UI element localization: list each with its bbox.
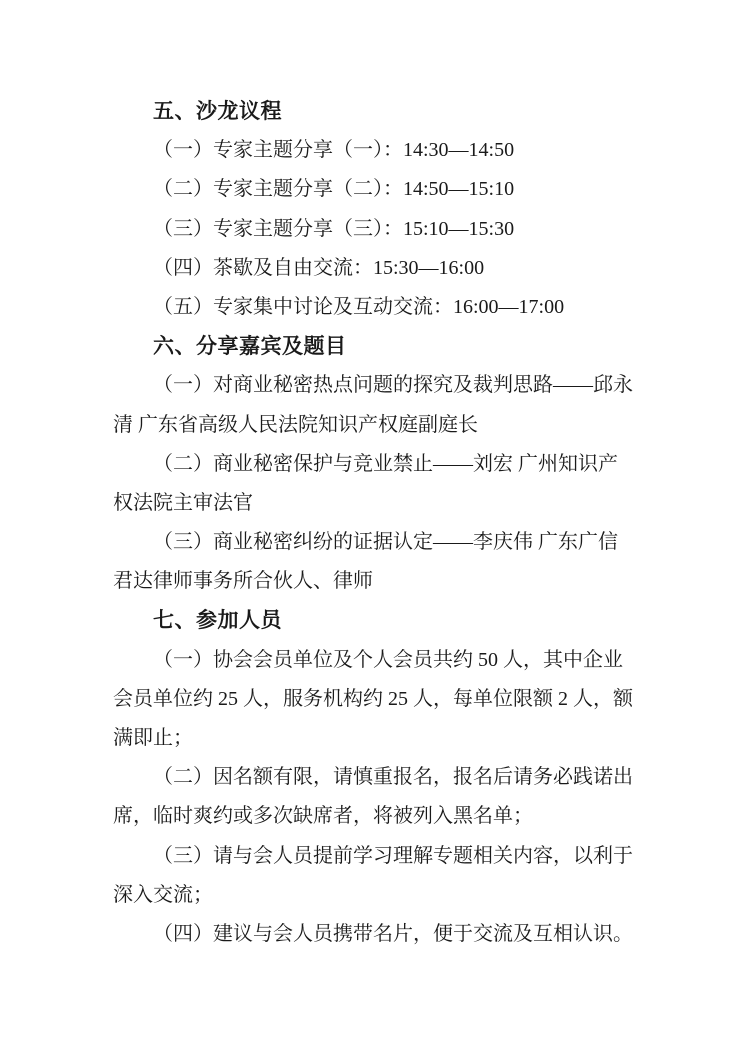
paragraph-line: 权法院主审法官: [113, 484, 673, 523]
paragraph-line: （二）专家主题分享（二）：14:50—15:10: [113, 170, 673, 209]
paragraph-line: （三）请与会人员提前学习理解专题相关内容，以利于: [113, 837, 673, 876]
paragraph-line: （一）协会会员单位及个人会员共约 50 人，其中企业: [113, 641, 673, 680]
paragraph-line: （一）专家主题分享（一）：14:30—14:50: [113, 131, 673, 170]
paragraph-line: 满即止；: [113, 719, 673, 758]
paragraph-line: 清 广东省高级人民法院知识产权庭副庭长: [113, 406, 673, 445]
document-page: 五、沙龙议程（一）专家主题分享（一）：14:30—14:50（二）专家主题分享（…: [0, 0, 750, 1060]
section-heading: 五、沙龙议程: [113, 92, 673, 131]
paragraph-line: （二）因名额有限，请慎重报名，报名后请务必践诺出: [113, 758, 673, 797]
paragraph-line: （二）商业秘密保护与竞业禁止——刘宏 广州知识产: [113, 445, 673, 484]
paragraph-line: 会员单位约 25 人，服务机构约 25 人，每单位限额 2 人，额: [113, 680, 673, 719]
section-heading: 七、参加人员: [113, 601, 673, 640]
paragraph-line: 君达律师事务所合伙人、律师: [113, 562, 673, 601]
paragraph-line: （一）对商业秘密热点问题的探究及裁判思路——邱永: [113, 366, 673, 405]
section-heading: 六、分享嘉宾及题目: [113, 327, 673, 366]
paragraph-line: 深入交流；: [113, 876, 673, 915]
paragraph-line: （四）茶歇及自由交流：15:30—16:00: [113, 249, 673, 288]
paragraph-line: 席，临时爽约或多次缺席者，将被列入黑名单；: [113, 797, 673, 836]
paragraph-line: （三）商业秘密纠纷的证据认定——李庆伟 广东广信: [113, 523, 673, 562]
paragraph-line: （三）专家主题分享（三）：15:10—15:30: [113, 210, 673, 249]
document-content: 五、沙龙议程（一）专家主题分享（一）：14:30—14:50（二）专家主题分享（…: [113, 92, 673, 954]
paragraph-line: （五）专家集中讨论及互动交流：16:00—17:00: [113, 288, 673, 327]
paragraph-line: （四）建议与会人员携带名片，便于交流及互相认识。: [113, 915, 673, 954]
